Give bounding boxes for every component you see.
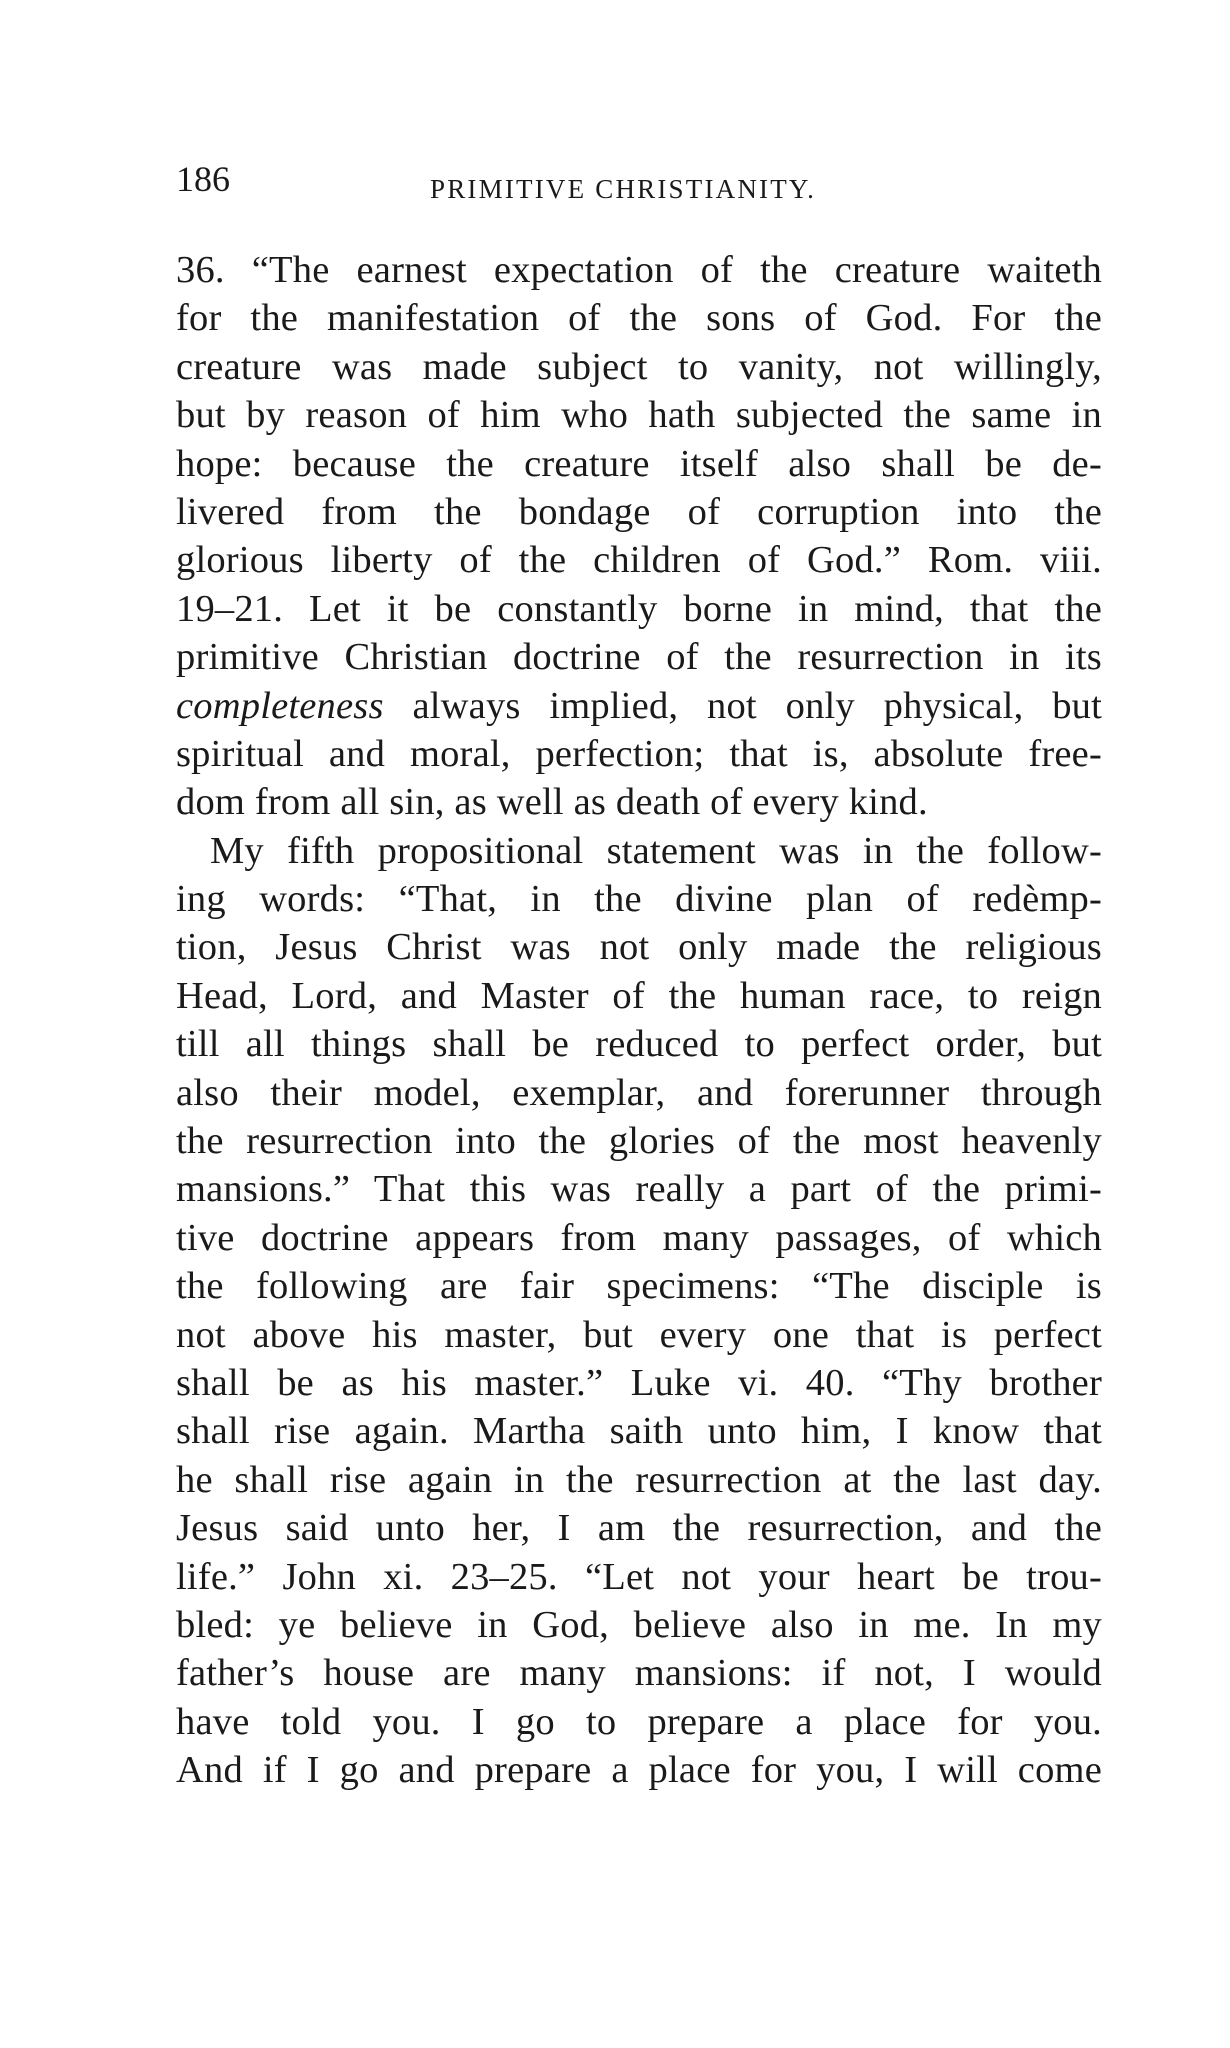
line-text: not above his master, but every one that… <box>176 1314 1102 1356</box>
text-line: spiritual and moral, perfection; that is… <box>176 730 1102 778</box>
text-line: have told you. I go to prepare a place f… <box>176 1698 1102 1746</box>
text-line: life.” John xi. 23–25. “Let not your hea… <box>176 1553 1102 1601</box>
text-line: And if I go and prepare a place for you,… <box>176 1746 1102 1794</box>
body-text: 36. “The earnest expectation of the crea… <box>176 246 1102 1795</box>
text-line: the following are fair specimens: “The d… <box>176 1262 1102 1310</box>
line-text: Jesus said unto her, I am the resurrecti… <box>176 1507 1102 1549</box>
text-line: tion, Jesus Christ was not only made the… <box>176 923 1102 971</box>
text-line: 36. “The earnest expectation of the crea… <box>176 246 1102 294</box>
line-text: Head, Lord, and Master of the human race… <box>176 975 1102 1017</box>
running-title: PRIMITIVE CHRISTIANITY. <box>430 174 816 204</box>
text-line: bled: ye believe in God, believe also in… <box>176 1601 1102 1649</box>
line-text: hope: because the creature itself also s… <box>176 443 1102 485</box>
text-line: glorious liberty of the children of God.… <box>176 536 1102 584</box>
line-text: life.” John xi. 23–25. “Let not your hea… <box>176 1556 1102 1598</box>
text-line: hope: because the creature itself also s… <box>176 440 1102 488</box>
text-line: not above his master, but every one that… <box>176 1311 1102 1359</box>
page-number: 186 <box>176 160 230 198</box>
text-line: completeness always implied, not only ph… <box>176 682 1102 730</box>
text-line: livered from the bondage of corruption i… <box>176 488 1102 536</box>
line-text: primitive Christian doctrine of the resu… <box>176 636 1102 678</box>
line-text: till all things shall be reduced to perf… <box>176 1023 1102 1065</box>
line-text: shall be as his master.” Luke vi. 40. “T… <box>176 1362 1102 1404</box>
line-text: bled: ye believe in God, believe also in… <box>176 1604 1102 1646</box>
text-line: he shall rise again in the resurrection … <box>176 1456 1102 1504</box>
line-text: My fifth propositional statement was in … <box>210 830 1102 872</box>
text-line: 19–21. Let it be constantly borne in min… <box>176 585 1102 633</box>
line-text: creature was made subject to vanity, not… <box>176 346 1102 388</box>
text-line-paragraph-end: dom from all sin, as well as death of ev… <box>176 778 1102 826</box>
text-line-paragraph-start: My fifth propositional statement was in … <box>176 827 1102 875</box>
running-head: 186 PRIMITIVE CHRISTIANITY. <box>176 160 1100 204</box>
line-text: 19–21. Let it be constantly borne in min… <box>176 588 1102 630</box>
line-text: but by reason of him who hath subjected … <box>176 394 1102 436</box>
line-text: And if I go and prepare a place for you,… <box>176 1749 1102 1791</box>
text-line: till all things shall be reduced to perf… <box>176 1020 1102 1068</box>
text-line: Jesus said unto her, I am the resurrecti… <box>176 1504 1102 1552</box>
line-text: dom from all sin, as well as death of ev… <box>176 781 928 823</box>
line-text: for the manifestation of the sons of God… <box>176 297 1102 339</box>
line-text: always implied, not only physical, but <box>384 685 1102 727</box>
text-line: the resurrection into the glories of the… <box>176 1117 1102 1165</box>
line-text: 36. “The earnest expectation of the crea… <box>176 249 1102 291</box>
line-text: shall rise again. Martha saith unto him,… <box>176 1410 1102 1452</box>
text-line: ing words: “That, in the divine plan of … <box>176 875 1102 923</box>
book-page: 186 PRIMITIVE CHRISTIANITY. 36. “The ear… <box>0 0 1230 2048</box>
text-line: shall be as his master.” Luke vi. 40. “T… <box>176 1359 1102 1407</box>
line-text: the following are fair specimens: “The d… <box>176 1265 1102 1307</box>
line-text: father’s house are many mansions: if not… <box>176 1652 1102 1694</box>
line-text: have told you. I go to prepare a place f… <box>176 1701 1102 1743</box>
text-line: but by reason of him who hath subjected … <box>176 391 1102 439</box>
line-text: ing words: “That, in the divine plan of … <box>176 878 1102 920</box>
line-text: tion, Jesus Christ was not only made the… <box>176 926 1102 968</box>
text-line: for the manifestation of the sons of God… <box>176 294 1102 342</box>
text-line: shall rise again. Martha saith unto him,… <box>176 1407 1102 1455</box>
text-line: Head, Lord, and Master of the human race… <box>176 972 1102 1020</box>
line-text: the resurrection into the glories of the… <box>176 1120 1102 1162</box>
text-line: creature was made subject to vanity, not… <box>176 343 1102 391</box>
text-line: mansions.” That this was really a part o… <box>176 1165 1102 1213</box>
italic-emphasis: completeness <box>176 685 384 727</box>
text-line: also their model, exemplar, and forerunn… <box>176 1069 1102 1117</box>
line-text: he shall rise again in the resurrection … <box>176 1459 1102 1501</box>
line-text: spiritual and moral, perfection; that is… <box>176 733 1102 775</box>
text-line: father’s house are many mansions: if not… <box>176 1649 1102 1697</box>
text-line: primitive Christian doctrine of the resu… <box>176 633 1102 681</box>
line-text: tive doctrine appears from many passages… <box>176 1217 1102 1259</box>
line-text: mansions.” That this was really a part o… <box>176 1168 1102 1210</box>
line-text: also their model, exemplar, and forerunn… <box>176 1072 1102 1114</box>
line-text: livered from the bondage of corruption i… <box>176 491 1102 533</box>
text-line: tive doctrine appears from many passages… <box>176 1214 1102 1262</box>
line-text: glorious liberty of the children of God.… <box>176 539 1102 581</box>
